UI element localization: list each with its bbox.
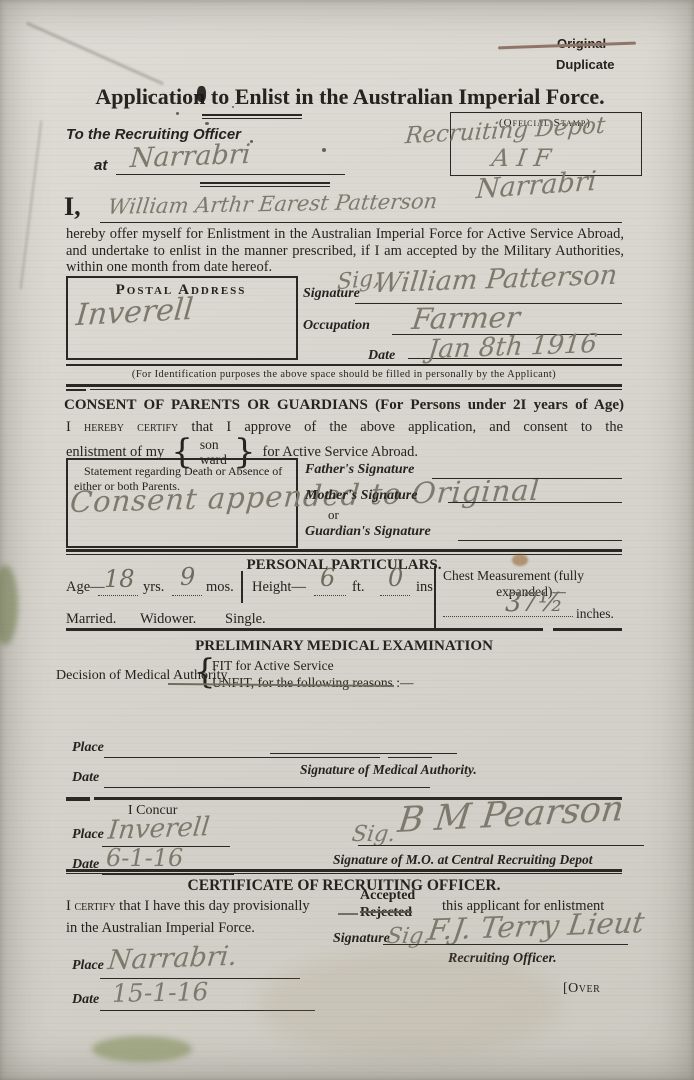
crease-mark-vertical	[20, 121, 43, 290]
certificate-rule-top-2	[66, 873, 622, 874]
pinhole	[205, 122, 209, 125]
at-underline	[200, 182, 330, 184]
footnote-rule-tick	[66, 389, 86, 391]
certificate-line2: in the Australian Imperial Force.	[66, 920, 255, 937]
married-label: Married.	[66, 611, 116, 628]
certificate-line1-mid: that I have this day provisionally	[119, 898, 309, 914]
age-yrs-dotted-line	[98, 579, 138, 596]
pinhole	[250, 140, 253, 143]
date-label: Date	[368, 348, 395, 364]
certificate-signature-line	[383, 944, 628, 945]
pinhole	[322, 148, 326, 152]
consent-certify-caps: hereby certify	[84, 419, 178, 435]
date-handwriting: Jan 8th 1916	[427, 331, 599, 363]
at-underline-2	[200, 186, 330, 187]
medical-place-line-2	[388, 757, 432, 758]
name-write-line	[100, 222, 622, 223]
occupation-label: Occupation	[303, 318, 370, 334]
footnote-rule-top	[66, 364, 622, 366]
stain-fleck	[512, 554, 528, 566]
concur-sig-prefix-handwriting: Sig.	[350, 824, 396, 846]
son-option: son	[200, 437, 219, 452]
height-chest-divider	[434, 566, 436, 628]
pinhole	[176, 112, 179, 115]
recruiting-officer-signature-handwriting: F.J. Terry Lieut	[426, 908, 646, 945]
identification-footnote: (For Identification purposes the above s…	[66, 369, 622, 380]
rejected-strike-mark	[338, 913, 358, 915]
guardian-signature-label: Guardian's Signature	[305, 524, 431, 540]
unfit-option: UNFIT, for the following reasons :—	[212, 674, 413, 691]
ink-blot	[197, 86, 206, 102]
consent-certify-line1: I hereby certify that I approve of the a…	[66, 419, 623, 436]
height-ft-dotted-line	[314, 579, 346, 596]
personal-rule-bottom-left	[66, 628, 543, 631]
certificate-signature-label: Signature	[333, 931, 390, 947]
certificate-line1: I certify that I have this day provision…	[66, 898, 310, 915]
applicant-name-handwriting: William Arthr Earest Patterson	[107, 191, 439, 218]
personal-rule-bottom-right	[553, 628, 622, 631]
at-place-handwriting: Narrabri	[129, 141, 251, 172]
guardian-signature-line	[458, 540, 622, 541]
footnote-rule-bottom-2	[90, 389, 622, 390]
personal-rule-top-2	[66, 554, 622, 555]
certificate-certify-caps: certify	[74, 898, 115, 914]
or-label: or	[328, 507, 339, 523]
chest-handwriting: 37½	[505, 590, 563, 616]
mother-signature-label: Mother's Signature	[305, 488, 417, 504]
mos-label: mos.	[206, 579, 234, 596]
single-label: Single.	[225, 611, 266, 628]
footnote-rule-bottom	[66, 384, 622, 387]
stain-left-edge	[0, 565, 18, 645]
crease-mark	[26, 22, 164, 86]
certificate-rule-top	[66, 869, 622, 872]
stain-bottom-center	[260, 950, 560, 1060]
authority-signature-label: Signature of Medical Authority.	[300, 762, 477, 778]
age-mos-dotted-line	[172, 579, 202, 596]
title-underline-2	[202, 118, 302, 119]
mo-signature-handwriting: B M Pearson	[396, 792, 626, 839]
ft-label: ft.	[352, 579, 364, 596]
consent-heading: CONSENT OF PARENTS OR GUARDIANS (For Per…	[64, 397, 624, 414]
certificate-heading: CERTIFICATE OF RECRUITING OFFICER.	[66, 877, 622, 895]
inches-label: inches.	[576, 606, 614, 622]
authority-signature-line	[270, 753, 457, 754]
concur-signature-line	[358, 845, 644, 846]
mo-signature-label: Signature of M.O. at Central Recruiting …	[333, 852, 593, 868]
postal-address-handwriting: Inverell	[75, 295, 195, 331]
father-signature-label: Father's Signature	[305, 462, 414, 478]
father-signature-line	[432, 478, 622, 479]
applicant-signature-handwriting: William Patterson	[373, 262, 619, 298]
height-label: Height—	[252, 579, 306, 596]
certificate-date-handwriting: 15-1-16	[112, 979, 209, 1006]
medical-place-line	[104, 757, 380, 758]
stamp-handwriting-line2: A I F	[490, 146, 552, 170]
concur-date-handwriting: 6-1-16	[106, 846, 183, 870]
widower-label: Widower.	[140, 611, 196, 628]
at-label: at	[94, 157, 107, 174]
occupation-handwriting: Farmer	[410, 303, 521, 334]
medical-date-line	[104, 787, 430, 788]
yrs-label: yrs.	[143, 579, 164, 596]
concur-place-handwriting: Inverell	[107, 814, 211, 844]
form-title: Application to Enlist in the Australian …	[70, 84, 630, 110]
height-ins-dotted-line	[380, 579, 410, 596]
medical-date-label: Date	[72, 770, 99, 786]
age-height-divider	[241, 571, 243, 603]
certificate-place-handwriting: Narrabri.	[107, 943, 239, 975]
at-write-line	[116, 174, 345, 175]
medical-place-label: Place	[72, 740, 104, 756]
form-page: Original Duplicate Application to Enlist…	[0, 0, 694, 1080]
concur-place-label: Place	[72, 827, 104, 843]
certificate-date-label: Date	[72, 992, 99, 1008]
concur-rule-tick	[66, 797, 90, 801]
consent-certify-i: I	[66, 419, 71, 435]
personal-rule-top	[66, 549, 622, 552]
fit-option: FIT for Active Service	[212, 657, 334, 674]
stain-bottom-left	[92, 1036, 192, 1062]
mother-signature-line	[448, 502, 622, 503]
pinhole	[232, 106, 234, 108]
title-underline	[202, 114, 302, 116]
pinhole	[148, 95, 152, 99]
consent-certify-rest: that I approve of the above application,…	[191, 419, 623, 435]
certificate-certify-i: I	[66, 898, 71, 914]
over-label: [Over	[563, 981, 600, 997]
concur-date-line	[102, 874, 234, 875]
i-label: I,	[64, 192, 81, 222]
duplicate-label: Duplicate	[556, 57, 615, 72]
chest-label-line1: Chest Measurement (fully	[443, 568, 623, 584]
certificate-place-label: Place	[72, 958, 104, 974]
stamp-handwriting-line3: Narrabri	[475, 168, 597, 204]
accepted-option: Accepted	[360, 888, 415, 904]
rejected-option: Rejected	[360, 905, 412, 921]
medical-heading: PRELIMINARY MEDICAL EXAMINATION	[66, 638, 622, 655]
